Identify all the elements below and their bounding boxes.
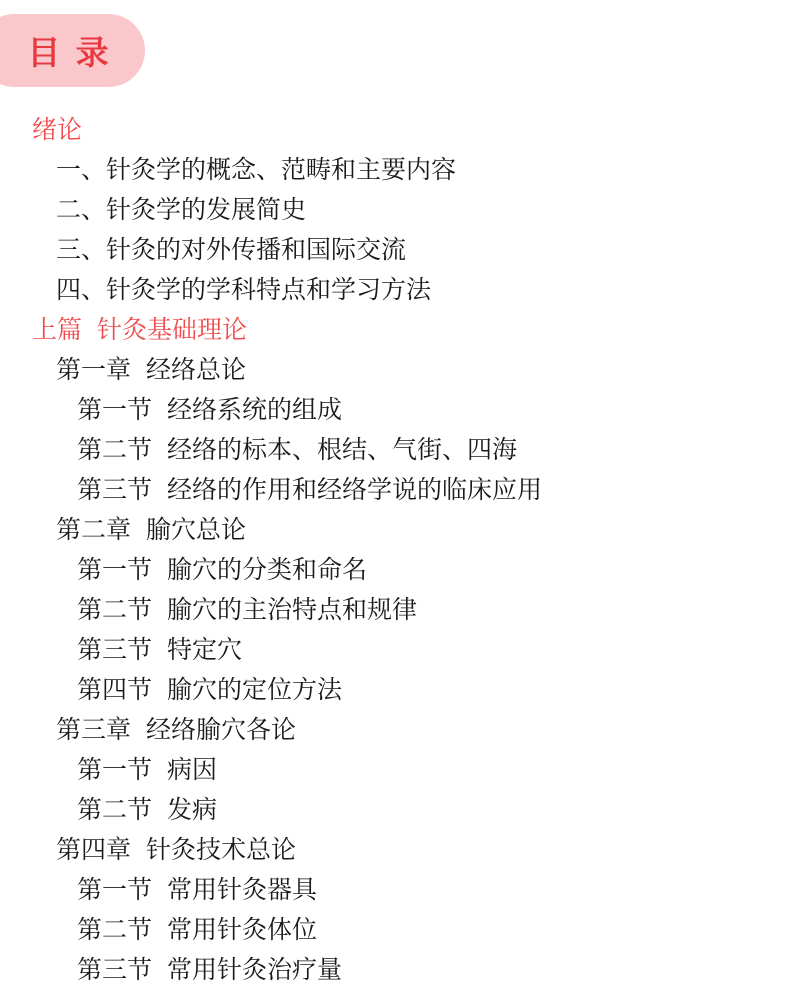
toc-item[interactable]: 第三节常用针灸治疗量 — [0, 948, 790, 988]
toc-item[interactable]: 第二节经络的标本、根结、气街、四海 — [0, 428, 790, 468]
toc-item[interactable]: 第一章经络总论 — [0, 348, 790, 388]
toc-item-label: 第二节 — [77, 590, 152, 626]
toc-item-title: 腧穴总论 — [146, 510, 246, 546]
toc-item-label: 第三节 — [77, 950, 152, 986]
toc-item-title: 常用针灸治疗量 — [167, 950, 342, 986]
toc-item-label: 第三章 — [56, 710, 131, 746]
toc-item-title: 针灸技术总论 — [146, 830, 296, 866]
toc-badge-label: 目 录 — [11, 27, 111, 74]
toc-item[interactable]: 三、针灸的对外传播和国际交流 — [0, 228, 790, 268]
toc-item-title: 针灸基础理论 — [97, 310, 247, 346]
toc-item[interactable]: 第三章经络腧穴各论 — [0, 708, 790, 748]
toc-item-title: 腧穴的主治特点和规律 — [167, 590, 417, 626]
toc-item-label: 第一章 — [56, 350, 131, 386]
toc-item[interactable]: 第二章腧穴总论 — [0, 508, 790, 548]
toc-item-label: 第四章 — [56, 830, 131, 866]
toc-item-title: 四、针灸学的学科特点和学习方法 — [56, 270, 431, 306]
toc-item-title: 经络总论 — [146, 350, 246, 386]
toc-item-title: 腧穴的定位方法 — [167, 670, 342, 706]
toc-item-label: 第四节 — [77, 670, 152, 706]
toc-item-title: 腧穴的分类和命名 — [167, 550, 367, 586]
toc-item[interactable]: 第二节发病 — [0, 788, 790, 828]
toc-item[interactable]: 第四章针灸技术总论 — [0, 828, 790, 868]
toc-item-title: 发病 — [167, 790, 217, 826]
toc-item-title: 二、针灸学的发展简史 — [56, 190, 306, 226]
toc-item-label: 第一节 — [77, 870, 152, 906]
toc-item-label: 第三节 — [77, 630, 152, 666]
toc-item[interactable]: 第四节腧穴的定位方法 — [0, 668, 790, 708]
toc-list: 绪论一、针灸学的概念、范畴和主要内容二、针灸学的发展简史三、针灸的对外传播和国际… — [0, 108, 790, 988]
toc-item[interactable]: 第一节腧穴的分类和命名 — [0, 548, 790, 588]
toc-item-label: 第三节 — [77, 470, 152, 506]
toc-item-label: 第二节 — [77, 790, 152, 826]
toc-item-label: 第二节 — [77, 910, 152, 946]
toc-item[interactable]: 上篇针灸基础理论 — [0, 308, 790, 348]
toc-item-label: 第一节 — [77, 550, 152, 586]
toc-item[interactable]: 第一节经络系统的组成 — [0, 388, 790, 428]
toc-item-title: 病因 — [167, 750, 217, 786]
toc-item[interactable]: 第一节病因 — [0, 748, 790, 788]
toc-item-label: 第二章 — [56, 510, 131, 546]
toc-item-label: 上篇 — [32, 310, 82, 346]
toc-item[interactable]: 二、针灸学的发展简史 — [0, 188, 790, 228]
toc-item-title: 一、针灸学的概念、范畴和主要内容 — [56, 150, 456, 186]
toc-item[interactable]: 第二节腧穴的主治特点和规律 — [0, 588, 790, 628]
toc-item-title: 常用针灸体位 — [167, 910, 317, 946]
toc-item-label: 第一节 — [77, 390, 152, 426]
toc-item-title: 经络腧穴各论 — [146, 710, 296, 746]
toc-badge: 目 录 — [0, 14, 145, 87]
ebook-toc-page: { "page": { "background": "#ffffff" }, "… — [0, 0, 790, 991]
toc-item-title: 三、针灸的对外传播和国际交流 — [56, 230, 406, 266]
toc-item[interactable]: 第二节常用针灸体位 — [0, 908, 790, 948]
toc-item-title: 经络系统的组成 — [167, 390, 342, 426]
toc-item-title: 经络的作用和经络学说的临床应用 — [167, 470, 542, 506]
toc-item[interactable]: 四、针灸学的学科特点和学习方法 — [0, 268, 790, 308]
toc-item-title: 特定穴 — [167, 630, 242, 666]
toc-item[interactable]: 一、针灸学的概念、范畴和主要内容 — [0, 148, 790, 188]
toc-item[interactable]: 第一节常用针灸器具 — [0, 868, 790, 908]
toc-item-label: 第二节 — [77, 430, 152, 466]
toc-item[interactable]: 绪论 — [0, 108, 790, 148]
toc-item[interactable]: 第三节经络的作用和经络学说的临床应用 — [0, 468, 790, 508]
toc-item[interactable]: 第三节特定穴 — [0, 628, 790, 668]
toc-item-label: 第一节 — [77, 750, 152, 786]
toc-item-title: 绪论 — [32, 110, 82, 146]
toc-item-title: 常用针灸器具 — [167, 870, 317, 906]
toc-item-title: 经络的标本、根结、气街、四海 — [167, 430, 517, 466]
